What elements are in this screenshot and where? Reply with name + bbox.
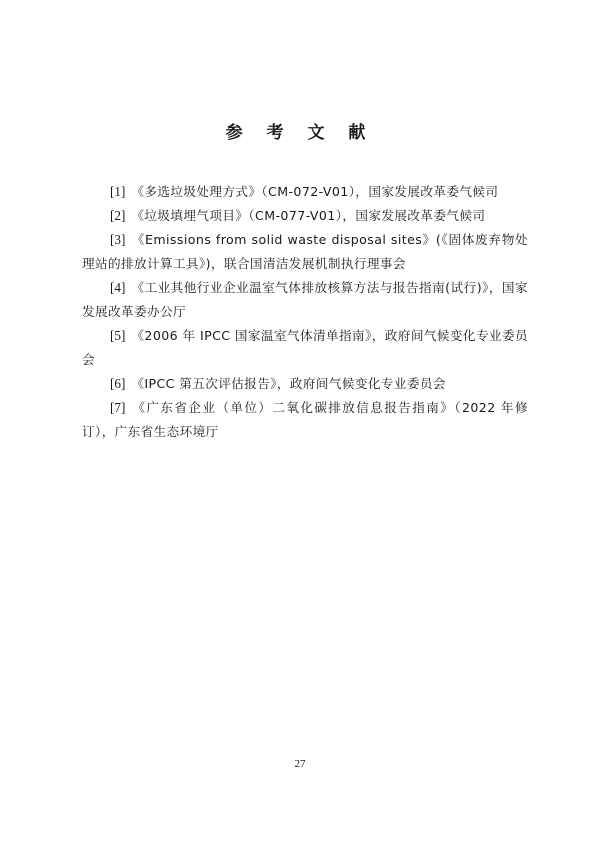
reference-number: [3] bbox=[110, 232, 125, 247]
reference-number: [6] bbox=[110, 376, 125, 391]
reference-item: [3]《Emissions from solid waste disposal … bbox=[82, 228, 528, 276]
reference-text: 《IPCC 第五次评估报告》，政府间气候变化专业委员会 bbox=[131, 376, 445, 391]
reference-item: [5]《2006 年 IPCC 国家温室气体清单指南》，政府间气候变化专业委员会 bbox=[82, 324, 528, 372]
reference-item: [6]《IPCC 第五次评估报告》，政府间气候变化专业委员会 bbox=[82, 372, 528, 396]
reference-text: 《2006 年 IPCC 国家温室气体清单指南》，政府间气候变化专业委员会 bbox=[82, 328, 528, 367]
reference-number: [1] bbox=[110, 184, 125, 199]
reference-item: [4]《工业其他行业企业温室气体排放核算方法与报告指南(试行)》，国家发展改革委… bbox=[82, 276, 528, 324]
reference-text: 《工业其他行业企业温室气体排放核算方法与报告指南(试行)》，国家发展改革委办公厅 bbox=[82, 280, 528, 319]
reference-item: [7]《广东省企业（单位）二氧化碳排放信息报告指南》（2022 年修订），广东省… bbox=[82, 396, 528, 444]
reference-item: [2]《垃圾填埋气项目》（CM-077-V01），国家发展改革委气候司 bbox=[82, 204, 528, 228]
reference-text: 《Emissions from solid waste disposal sit… bbox=[82, 232, 528, 271]
reference-list: [1]《多选垃圾处理方式》（CM-072-V01），国家发展改革委气候司 [2]… bbox=[82, 180, 528, 444]
page-number: 27 bbox=[0, 758, 600, 770]
reference-item: [1]《多选垃圾处理方式》（CM-072-V01），国家发展改革委气候司 bbox=[82, 180, 528, 204]
reference-number: [4] bbox=[110, 280, 125, 295]
document-page: 参 考 文 献 [1]《多选垃圾处理方式》（CM-072-V01），国家发展改革… bbox=[0, 0, 600, 848]
reference-number: [7] bbox=[110, 400, 125, 415]
reference-text: 《多选垃圾处理方式》（CM-072-V01），国家发展改革委气候司 bbox=[131, 184, 498, 199]
reference-text: 《垃圾填埋气项目》（CM-077-V01），国家发展改革委气候司 bbox=[131, 208, 485, 223]
reference-number: [5] bbox=[110, 328, 125, 343]
page-title: 参 考 文 献 bbox=[0, 118, 600, 143]
reference-number: [2] bbox=[110, 208, 125, 223]
reference-text: 《广东省企业（单位）二氧化碳排放信息报告指南》（2022 年修订），广东省生态环… bbox=[82, 400, 528, 439]
